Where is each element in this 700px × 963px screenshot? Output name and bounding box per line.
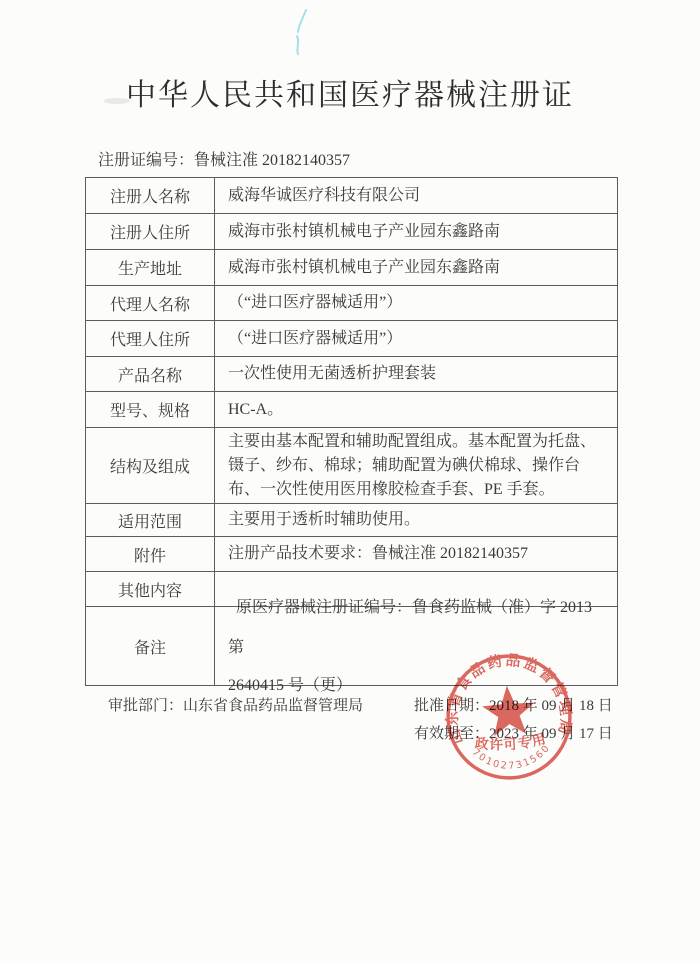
approval-date: 批准日期：2018 年 09 月 18 日 bbox=[414, 694, 613, 715]
remark-line-1: 原医疗器械注册证编号：鲁食药监械（准）字 2013 第 bbox=[228, 588, 607, 668]
row-value: 威海华诚医疗科技有限公司 bbox=[215, 178, 617, 213]
row-value: 主要用于透析时辅助使用。 bbox=[215, 504, 617, 536]
pen-scribble-mark bbox=[288, 8, 318, 60]
certificate-table: 注册人名称 威海华诚医疗科技有限公司 注册人住所 威海市张村镇机械电子产业园东鑫… bbox=[85, 177, 618, 686]
approval-department: 审批部门：山东省食品药品监督管理局 bbox=[108, 694, 363, 715]
row-value: （“进口医疗器械适用”） bbox=[215, 286, 617, 320]
page-title: 中华人民共和国医疗器械注册证 bbox=[0, 70, 700, 114]
table-row: 注册人名称 威海华诚医疗科技有限公司 bbox=[86, 178, 617, 214]
row-label: 生产地址 bbox=[86, 250, 215, 285]
table-row: 代理人名称 （“进口医疗器械适用”） bbox=[86, 286, 617, 321]
valid-until-date: 有效期至：2023 年 09 月 17 日 bbox=[414, 722, 613, 743]
table-row: 产品名称 一次性使用无菌透析护理套装 bbox=[86, 357, 617, 392]
table-row: 结构及组成 主要由基本配置和辅助配置组成。基本配置为托盘、镊子、纱布、棉球；辅助… bbox=[86, 428, 617, 504]
row-label: 注册人名称 bbox=[86, 178, 215, 213]
row-value: 威海市张村镇机械电子产业园东鑫路南 bbox=[215, 214, 617, 249]
row-value: 主要由基本配置和辅助配置组成。基本配置为托盘、镊子、纱布、棉球；辅助配置为碘伏棉… bbox=[215, 428, 617, 503]
row-label: 产品名称 bbox=[86, 357, 215, 391]
row-label: 备注 bbox=[86, 607, 215, 685]
certificate-page: 中华人民共和国医疗器械注册证 注册证编号：鲁械注准 20182140357 注册… bbox=[0, 0, 700, 963]
table-row: 型号、规格 HC-A。 bbox=[86, 392, 617, 428]
row-value: 注册产品技术要求：鲁械注准 20182140357 bbox=[215, 537, 617, 571]
row-value: 威海市张村镇机械电子产业园东鑫路南 bbox=[215, 250, 617, 285]
row-label: 其他内容 bbox=[86, 572, 215, 606]
row-value: 一次性使用无菌透析护理套装 bbox=[215, 357, 617, 391]
table-row: 适用范围 主要用于透析时辅助使用。 bbox=[86, 504, 617, 537]
certificate-number: 注册证编号：鲁械注准 20182140357 bbox=[98, 147, 350, 170]
row-label: 结构及组成 bbox=[86, 428, 215, 503]
row-label: 注册人住所 bbox=[86, 214, 215, 249]
row-label: 代理人名称 bbox=[86, 286, 215, 320]
row-label: 型号、规格 bbox=[86, 392, 215, 427]
row-value: 原医疗器械注册证编号：鲁食药监械（准）字 2013 第 2640415 号（更） bbox=[215, 607, 617, 685]
table-row: 备注 原医疗器械注册证编号：鲁食药监械（准）字 2013 第 2640415 号… bbox=[86, 607, 617, 685]
row-label: 适用范围 bbox=[86, 504, 215, 536]
table-row: 代理人住所 （“进口医疗器械适用”） bbox=[86, 321, 617, 357]
table-row: 注册人住所 威海市张村镇机械电子产业园东鑫路南 bbox=[86, 214, 617, 250]
row-label: 附件 bbox=[86, 537, 215, 571]
row-value: HC-A。 bbox=[215, 392, 617, 427]
table-row: 附件 注册产品技术要求：鲁械注准 20182140357 bbox=[86, 537, 617, 572]
row-value: （“进口医疗器械适用”） bbox=[215, 321, 617, 356]
table-row: 生产地址 威海市张村镇机械电子产业园东鑫路南 bbox=[86, 250, 617, 286]
row-label: 代理人住所 bbox=[86, 321, 215, 356]
